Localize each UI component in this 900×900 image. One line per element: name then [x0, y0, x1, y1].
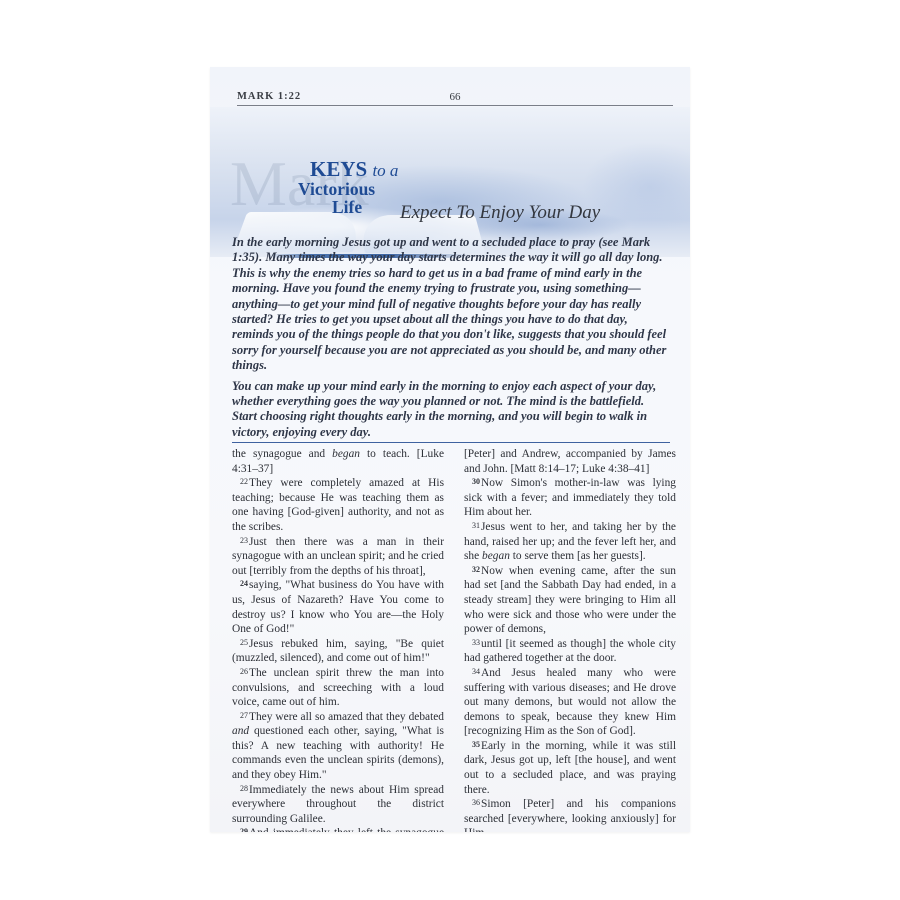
verse: 23Just then there was a man in their syn… — [232, 535, 444, 579]
verse: 36Simon [Peter] and his companions searc… — [464, 797, 676, 832]
verse-number: 29 — [240, 827, 248, 832]
verse: 24saying, "What business do You have wit… — [232, 578, 444, 636]
verse-number: 22 — [240, 477, 248, 486]
bible-page: MARK 1:22 66 Mark KEYS to a Victorious L… — [210, 67, 690, 832]
verse-number: 25 — [240, 638, 248, 647]
series-title-life: Life — [332, 198, 398, 216]
devotional-paragraph: In the early morning Jesus got up and we… — [232, 235, 672, 374]
verse-number: 33 — [472, 638, 480, 647]
verse: 35Early in the morning, while it was sti… — [464, 739, 676, 797]
verse-number: 28 — [240, 784, 248, 793]
verse: 34And Jesus healed many who were sufferi… — [464, 666, 676, 739]
running-head: MARK 1:22 66 — [237, 89, 673, 106]
devotional-paragraph: You can make up your mind early in the m… — [232, 379, 672, 441]
verse-number: 30 — [472, 477, 480, 486]
verse-number: 32 — [472, 565, 480, 574]
scripture-column-left: the synagogue and began to teach. [Luke … — [232, 447, 444, 832]
verse-number: 31 — [472, 521, 480, 530]
verse-number: 23 — [240, 536, 248, 545]
verse: 25Jesus rebuked him, saying, "Be quiet (… — [232, 637, 444, 666]
verse: 26The unclean spirit threw the man into … — [232, 666, 444, 710]
devotional-text: In the early morning Jesus got up and we… — [232, 235, 672, 445]
verse: 22They were completely amazed at His tea… — [232, 476, 444, 534]
series-title-to-a: to a — [372, 161, 398, 180]
verse-number: 24 — [240, 579, 248, 588]
series-title-victorious: Victorious — [298, 180, 398, 198]
verse: 32Now when evening came, after the sun h… — [464, 564, 676, 637]
verse: 27They were all so amazed that they deba… — [232, 710, 444, 783]
verse: 29And immediately they left the synagogu… — [232, 826, 444, 832]
devotional-heading: Expect To Enjoy Your Day — [400, 202, 600, 224]
verse: 30Now Simon's mother-in-law was lying si… — [464, 476, 676, 520]
verse: 28Immediately the news about Him spread … — [232, 783, 444, 827]
verse-number: 34 — [472, 667, 480, 676]
verse: 33until [it seemed as though] the whole … — [464, 637, 676, 666]
scripture-column-right: [Peter] and Andrew, accompanied by James… — [464, 447, 676, 832]
verse-number: 27 — [240, 711, 248, 720]
verse-continuation: the synagogue and began to teach. [Luke … — [232, 447, 444, 476]
verse-number: 36 — [472, 798, 480, 807]
series-title-keys: KEYS — [310, 157, 367, 181]
page-number: 66 — [237, 91, 673, 103]
series-title: KEYS to a Victorious Life — [310, 160, 398, 216]
verse-number: 35 — [472, 740, 480, 749]
verse: 31Jesus went to her, and taking her by t… — [464, 520, 676, 564]
verse-number: 26 — [240, 667, 248, 676]
section-divider — [232, 442, 670, 443]
verse-continuation: [Peter] and Andrew, accompanied by James… — [464, 447, 676, 476]
scripture-columns: the synagogue and began to teach. [Luke … — [232, 447, 676, 832]
